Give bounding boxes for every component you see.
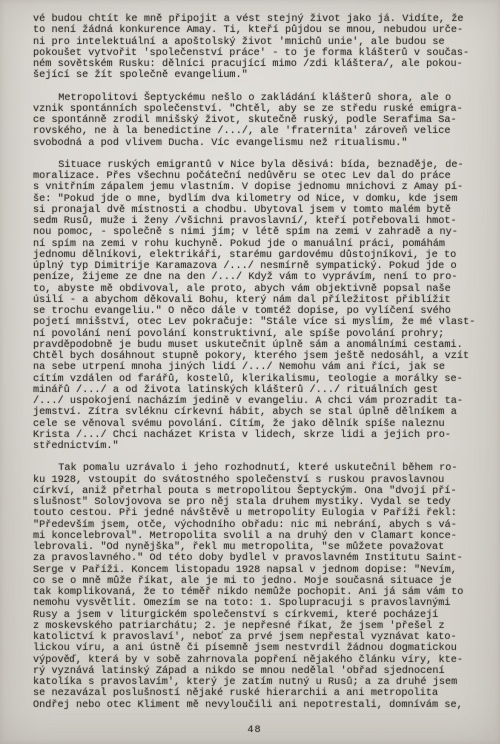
- page-number: 48: [33, 725, 476, 736]
- document-body: vé budou chtít ke mně připojit a vést st…: [33, 14, 476, 711]
- paragraph: Tak pomalu uzrávalo i jeho rozhodnutí, k…: [33, 463, 476, 711]
- paragraph: Situace ruských emigrantů v Nice byla dě…: [33, 160, 476, 453]
- paragraph: vé budou chtít ke mně připojit a vést st…: [33, 14, 476, 82]
- paragraph: Metropolitovi Šeptyckému nešlo o zakládá…: [33, 93, 476, 149]
- scanned-document-page: vé budou chtít ke mně připojit a vést st…: [0, 0, 500, 744]
